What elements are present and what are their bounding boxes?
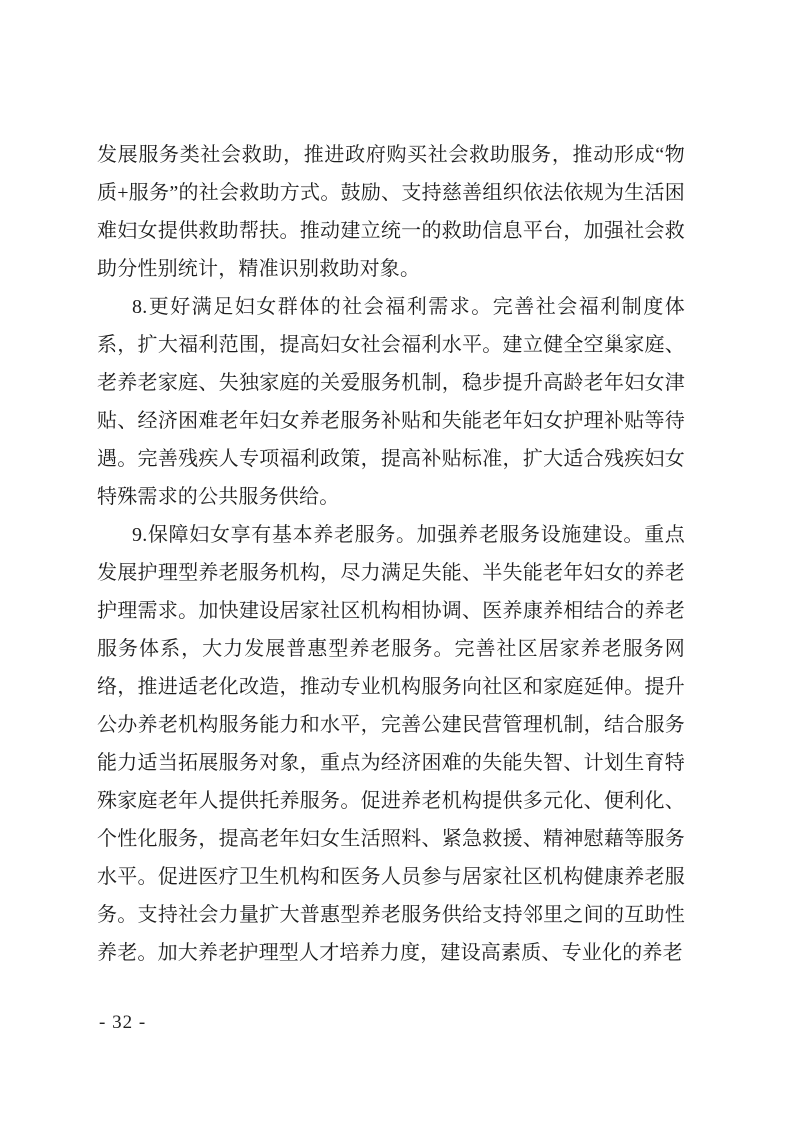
page-number: - 32 -	[99, 1010, 146, 1036]
paragraph-social-assistance-continuation: 发展服务类社会救助，推进政府购买社会救助服务，推动形成“物质+服务”的社会救助方…	[97, 136, 685, 288]
document-body: 发展服务类社会救助，推进政府购买社会救助服务，推动形成“物质+服务”的社会救助方…	[97, 136, 685, 972]
document-page: 发展服务类社会救助，推进政府购买社会救助服务，推动形成“物质+服务”的社会救助方…	[0, 0, 794, 1122]
paragraph-9-elderly-care: 9.保障妇女享有基本养老服务。加强养老服务设施建设。重点发展护理型养老服务机构，…	[97, 516, 685, 972]
paragraph-8-social-welfare: 8.更好满足妇女群体的社会福利需求。完善社会福利制度体系，扩大福利范围，提高妇女…	[97, 288, 685, 516]
